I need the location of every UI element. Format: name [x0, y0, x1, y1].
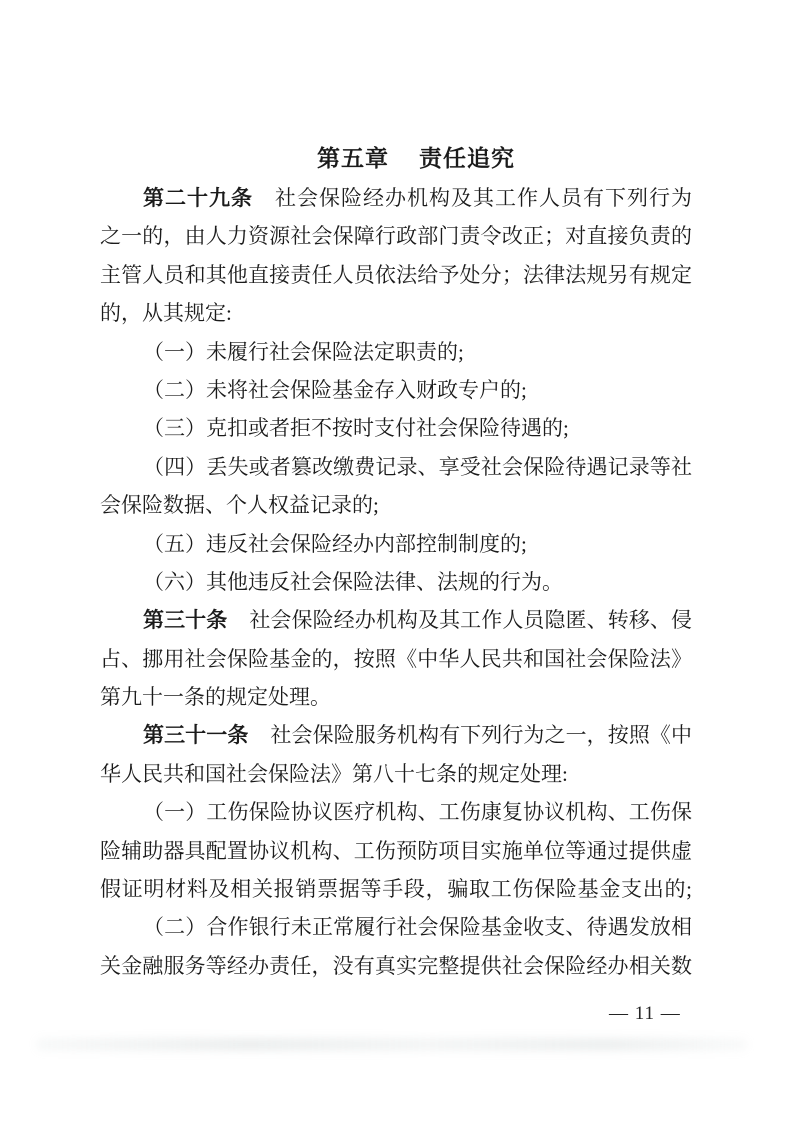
document-line: 第三十条社会保险经办机构及其工作人员隐匿、转移、侵 [100, 601, 692, 639]
line-text: 关金融服务等经办责任，没有真实完整提供社会保险经办相关数 [100, 954, 692, 978]
line-text: 之一的，由人力资源社会保障行政部门责令改正；对直接负责的 [100, 224, 692, 248]
document-line: （三）克扣或者拒不按时支付社会保险待遇的; [100, 409, 692, 447]
line-text: （四）丢失或者篡改缴费记录、享受社会保险待遇记录等社 [143, 455, 692, 479]
document-line: 险辅助器具配置协议机构、工伤预防项目实施单位等通过提供虚 [100, 832, 692, 870]
document-line: 华人民共和国社会保险法》第八十七条的规定处理: [100, 755, 692, 793]
document-line: （四）丢失或者篡改缴费记录、享受社会保险待遇记录等社 [100, 448, 692, 486]
scan-smudge-artifact [36, 1038, 748, 1051]
article-number: 第三十条 [143, 608, 227, 632]
line-text: 假证明材料及相关报销票据等手段，骗取工伤保险基金支出的; [100, 877, 692, 901]
document-body: 第二十九条社会保险经办机构及其工作人员有下列行为 之一的，由人力资源社会保障行政… [100, 179, 692, 985]
line-text: （五）违反社会保险经办内部控制制度的; [143, 532, 527, 556]
line-text: 会保险数据、个人权益记录的; [100, 493, 379, 517]
chapter-heading: 第五章责任追究 [120, 139, 712, 179]
document-line: 第九十一条的规定处理。 [100, 678, 692, 716]
line-text: 险辅助器具配置协议机构、工伤预防项目实施单位等通过提供虚 [100, 839, 692, 863]
document-line: 关金融服务等经办责任，没有真实完整提供社会保险经办相关数 [100, 947, 692, 985]
line-text: （一）未履行社会保险法定职责的; [143, 340, 464, 364]
document-line: （一）未履行社会保险法定职责的; [100, 333, 692, 371]
document-line: 占、挪用社会保险基金的，按照《中华人民共和国社会保险法》 [100, 640, 692, 678]
article-number: 第三十一条 [143, 723, 248, 747]
document-line: （六）其他违反社会保险法律、法规的行为。 [100, 563, 692, 601]
line-text: 社会保险经办机构及其工作人员有下列行为 [275, 186, 692, 210]
document-line: 假证明材料及相关报销票据等手段，骗取工伤保险基金支出的; [100, 870, 692, 908]
document-line: （二）合作银行未正常履行社会保险基金收支、待遇发放相 [100, 908, 692, 946]
document-line: 第二十九条社会保险经办机构及其工作人员有下列行为 [100, 179, 692, 217]
line-text: 第九十一条的规定处理。 [100, 685, 331, 709]
line-text: （六）其他违反社会保险法律、法规的行为。 [143, 570, 563, 594]
document-line: （一）工伤保险协议医疗机构、工伤康复协议机构、工伤保 [100, 793, 692, 831]
line-text: 华人民共和国社会保险法》第八十七条的规定处理: [100, 762, 568, 786]
chapter-number: 第五章 [317, 146, 389, 171]
line-text: 的，从其规定: [100, 301, 232, 325]
line-text: （二）合作银行未正常履行社会保险基金收支、待遇发放相 [143, 915, 692, 939]
line-text: （二）未将社会保险基金存入财政专户的; [143, 378, 527, 402]
line-text: 社会保险服务机构有下列行为之一，按照《中 [270, 723, 692, 747]
document-line: 之一的，由人力资源社会保障行政部门责令改正；对直接负责的 [100, 217, 692, 255]
article-number: 第二十九条 [143, 186, 253, 210]
document-line: 的，从其规定: [100, 294, 692, 332]
document-line: 会保险数据、个人权益记录的; [100, 486, 692, 524]
page-number: — 11 — [609, 1003, 681, 1025]
line-text: 主管人员和其他直接责任人员依法给予处分；法律法规另有规定 [100, 263, 692, 287]
line-text: （三）克扣或者拒不按时支付社会保险待遇的; [143, 416, 569, 440]
document-line: 第三十一条社会保险服务机构有下列行为之一，按照《中 [100, 716, 692, 754]
document-line: （二）未将社会保险基金存入财政专户的; [100, 371, 692, 409]
line-text: 占、挪用社会保险基金的，按照《中华人民共和国社会保险法》 [100, 647, 692, 671]
line-text: （一）工伤保险协议医疗机构、工伤康复协议机构、工伤保 [143, 800, 692, 824]
chapter-name: 责任追究 [419, 146, 515, 171]
document-line: （五）违反社会保险经办内部控制制度的; [100, 525, 692, 563]
document-line: 主管人员和其他直接责任人员依法给予处分；法律法规另有规定 [100, 256, 692, 294]
scanned-document-page: 第五章责任追究 第二十九条社会保险经办机构及其工作人员有下列行为 之一的，由人力… [0, 0, 793, 1121]
line-text: 社会保险经办机构及其工作人员隐匿、转移、侵 [249, 608, 692, 632]
